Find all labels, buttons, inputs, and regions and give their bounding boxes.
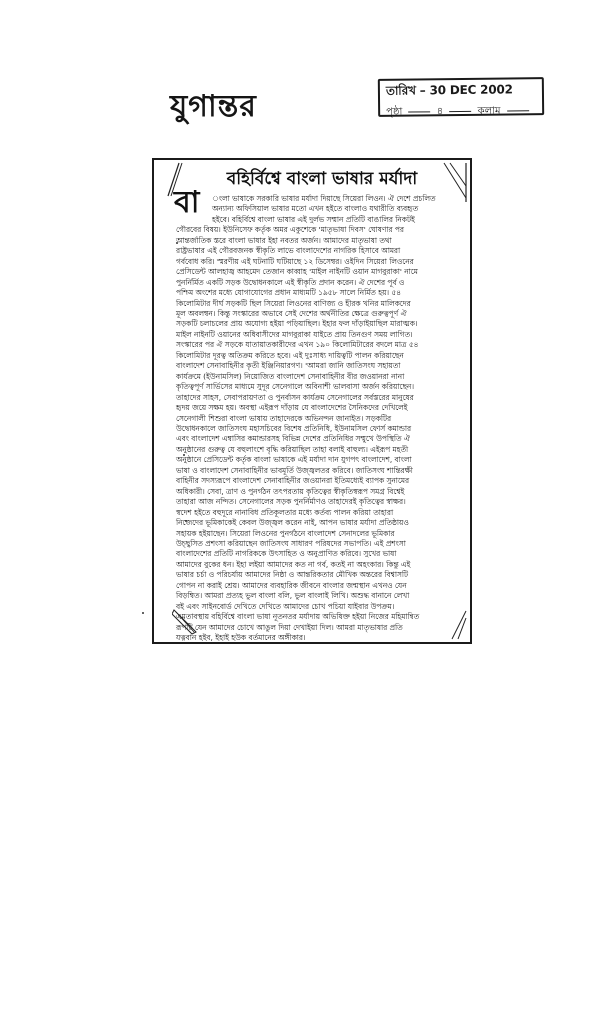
- body-line: বাংলাদেশ সেনাবাহিনীর কৃতী ইঞ্জিনিয়ারগণ।…: [166, 361, 466, 371]
- body-line: যত্নবান হইব, ইহাই হউক বর্তমানের অঙ্গীকার…: [166, 633, 466, 643]
- body-line: সেনেগালী শিশুরা বাংলা ভাষায় তাহাদেরকে অ…: [166, 414, 466, 424]
- body-line: গৌরবের বিষয়। ইউনিসেফ কর্তৃক অমর একুশেকে…: [166, 225, 466, 235]
- stamp-page-value: ৪: [437, 104, 444, 121]
- body-line: উচ্ছ্বসিত প্রশংসা করিয়াছেন জাতিসংঘ সাধা…: [166, 539, 466, 549]
- body-line: সড়কটি চলাচলের প্রায় অযোগ্য হইয়া পড়িয…: [166, 319, 466, 329]
- body-line: কৃতিত্বপূর্ণ সার্ভিসের মাধ্যমে সুদূর সেন…: [166, 382, 466, 392]
- scan-speck: [176, 242, 178, 244]
- article-clipping: বহির্বিশ্বে বাংলা ভাষার মর্যাদা বা ংলা ভ…: [152, 158, 472, 644]
- stamp-page-label: পৃষ্ঠা: [386, 105, 402, 122]
- body-line: রাষ্ট্রভাষার এই গৌরবজনক স্বীকৃতি লাভে বা…: [166, 246, 466, 256]
- body-line: ভাষার চর্চা ও পরিচর্যায় আমাদের নিষ্ঠা ও…: [166, 570, 466, 580]
- body-line: কার্যক্রমে (ইউনামসিল) নিয়োজিত বাংলাদেশ …: [166, 372, 466, 382]
- body-line: সংস্কারের পর ঐ সড়কে যাতায়াতকারীদের এখন…: [166, 340, 466, 350]
- body-line: প্রেসিডেন্ট আলহাজ্ব আহমেদ তেজান কাব্বাহ …: [166, 267, 466, 277]
- body-line: অনুষ্ঠানে প্রেসিডেন্ট কর্তৃক বাংলা ভাষাক…: [166, 455, 466, 465]
- body-line: এবং বাংলাদেশ এম্বাসির কমান্ডারসহ বিভিন্ন…: [166, 434, 466, 444]
- stamp-date-label: তারিখ: [386, 83, 416, 97]
- stamp-date-value: 30 DEC 2002: [429, 82, 512, 97]
- stamp-page-row: পৃষ্ঠা ৪ কলাম: [386, 103, 536, 122]
- body-line: মাইল নাইনটি ওয়ানের অধিবাসীদের মাগবুরাকা…: [166, 330, 466, 340]
- body-line: বাহিনীর সদস্যরূপে বাংলাদেশ সেনাবাহিনীর জ…: [166, 476, 466, 486]
- stamp-column-label: কলাম: [478, 104, 501, 121]
- body-line: আমাদের বুকের ধন। ইহা লইয়া আমাদের কত না …: [166, 560, 466, 570]
- body-line: হইবে। বহির্বিশ্বে বাংলা ভাষার এই দুর্লভ …: [166, 215, 466, 225]
- body-line: কিলোমিটার দূরত্ব অতিক্রম করিতে হবে। এই দ…: [166, 351, 466, 361]
- body-line: পুনর্নির্মিত একটি সড়ক উদ্বোধনকালে এই স্…: [166, 278, 466, 288]
- stamp-date-row: তারিখ – 30 DEC 2002: [386, 81, 536, 103]
- body-line: কিলোমিটার দীর্ঘ সড়কটি ছিল সিয়েরা লিওনে…: [166, 299, 466, 309]
- body-line: আন্তর্জাতিক স্তরে বাংলা ভাষার ইহা নবতর অ…: [166, 236, 466, 246]
- body-line: স্বদেশ হইতে বহুদূরে নানাবিধ প্রতিকূলতার …: [166, 508, 466, 518]
- body-line: বাংলাদেশের প্রতিটি নাগরিককে উৎসাহিত ও অন…: [166, 549, 466, 559]
- body-line: তাহাদের সাহস, সেবাপরায়ণতা ও পুনর্বাসন ক…: [166, 393, 466, 403]
- body-line: সহায়ক হইয়াছেন। সিয়েরা লিওনের পুনর্গঠন…: [166, 529, 466, 539]
- article-body: ংলা ভাষাকে সরকারি ভাষার মর্যাদা দিয়াছে …: [166, 194, 466, 643]
- body-line: তাহারা আজ নন্দিত। সেনেগালের সড়ক পুনর্নি…: [166, 497, 466, 507]
- article-headline: বহির্বিশ্বে বাংলা ভাষার মর্যাদা: [192, 166, 452, 194]
- scan-speck: [142, 612, 144, 614]
- body-line: গোপন না করাই শ্রেয়। আমাদের ব্যবহারিক জী…: [166, 581, 466, 591]
- scan-speck: [183, 454, 185, 456]
- body-line: ভাষা ও বাংলাদেশ সেনাবাহিনীর ভাবমূর্তি উজ…: [166, 466, 466, 476]
- body-line: উদ্বোধনকালে জাতিসংঘ মহাসচিবের বিশেষ প্রত…: [166, 424, 466, 434]
- body-line: বিড়ম্বিত। আমরা প্রত্যহ ভুল বাংলা বলি, ভ…: [166, 591, 466, 601]
- body-line: গর্ববোধ করি। স্মরণীয় এই ঘটনাটি ঘটিয়াছে…: [166, 257, 466, 267]
- body-line: এমতাবস্থায় বহির্বিশ্বে বাংলা ভাষা নূতনত…: [166, 612, 466, 622]
- newspaper-masthead: যুগান্তর: [170, 82, 257, 133]
- body-line: বই এবং সাইনবোর্ড দেখিতে দেখিতে আমাদের চো…: [166, 602, 466, 612]
- body-line: রূপটি যেন আমাদের চোখে আঙুল দিয়া দেখাইয়…: [166, 623, 466, 633]
- body-line: মূল অবলম্বন। কিন্তু সংস্কারের অভাবে সেই …: [166, 309, 466, 319]
- scan-speck: [185, 520, 187, 522]
- body-line: অনুষ্ঠানের গুরুত্ব যে বহুলাংশে বৃদ্ধি কর…: [166, 445, 466, 455]
- body-line: পশ্চিম অংশের মধ্যে যোগাযোগের প্রধান মাধ্…: [166, 288, 466, 298]
- body-line: নিজেদের ভূমিকাকেই কেবল উজ্জ্বল করেন নাই,…: [166, 518, 466, 528]
- body-line: হৃদয় জয়ে সক্ষম হয়। অবস্থা এইরূপ দাঁড়…: [166, 403, 466, 413]
- body-line: অন্যান্য অফিসিয়াল ভাষার মতো এখন হইতে বা…: [166, 204, 466, 214]
- body-line: ংলা ভাষাকে সরকারি ভাষার মর্যাদা দিয়াছে …: [166, 194, 466, 204]
- body-line: অধিকারী। সেবা, ত্রাণ ও পুনর্গঠন তৎপরতায়…: [166, 487, 466, 497]
- archive-date-stamp: তারিখ – 30 DEC 2002 পৃষ্ঠা ৪ কলাম: [378, 77, 544, 117]
